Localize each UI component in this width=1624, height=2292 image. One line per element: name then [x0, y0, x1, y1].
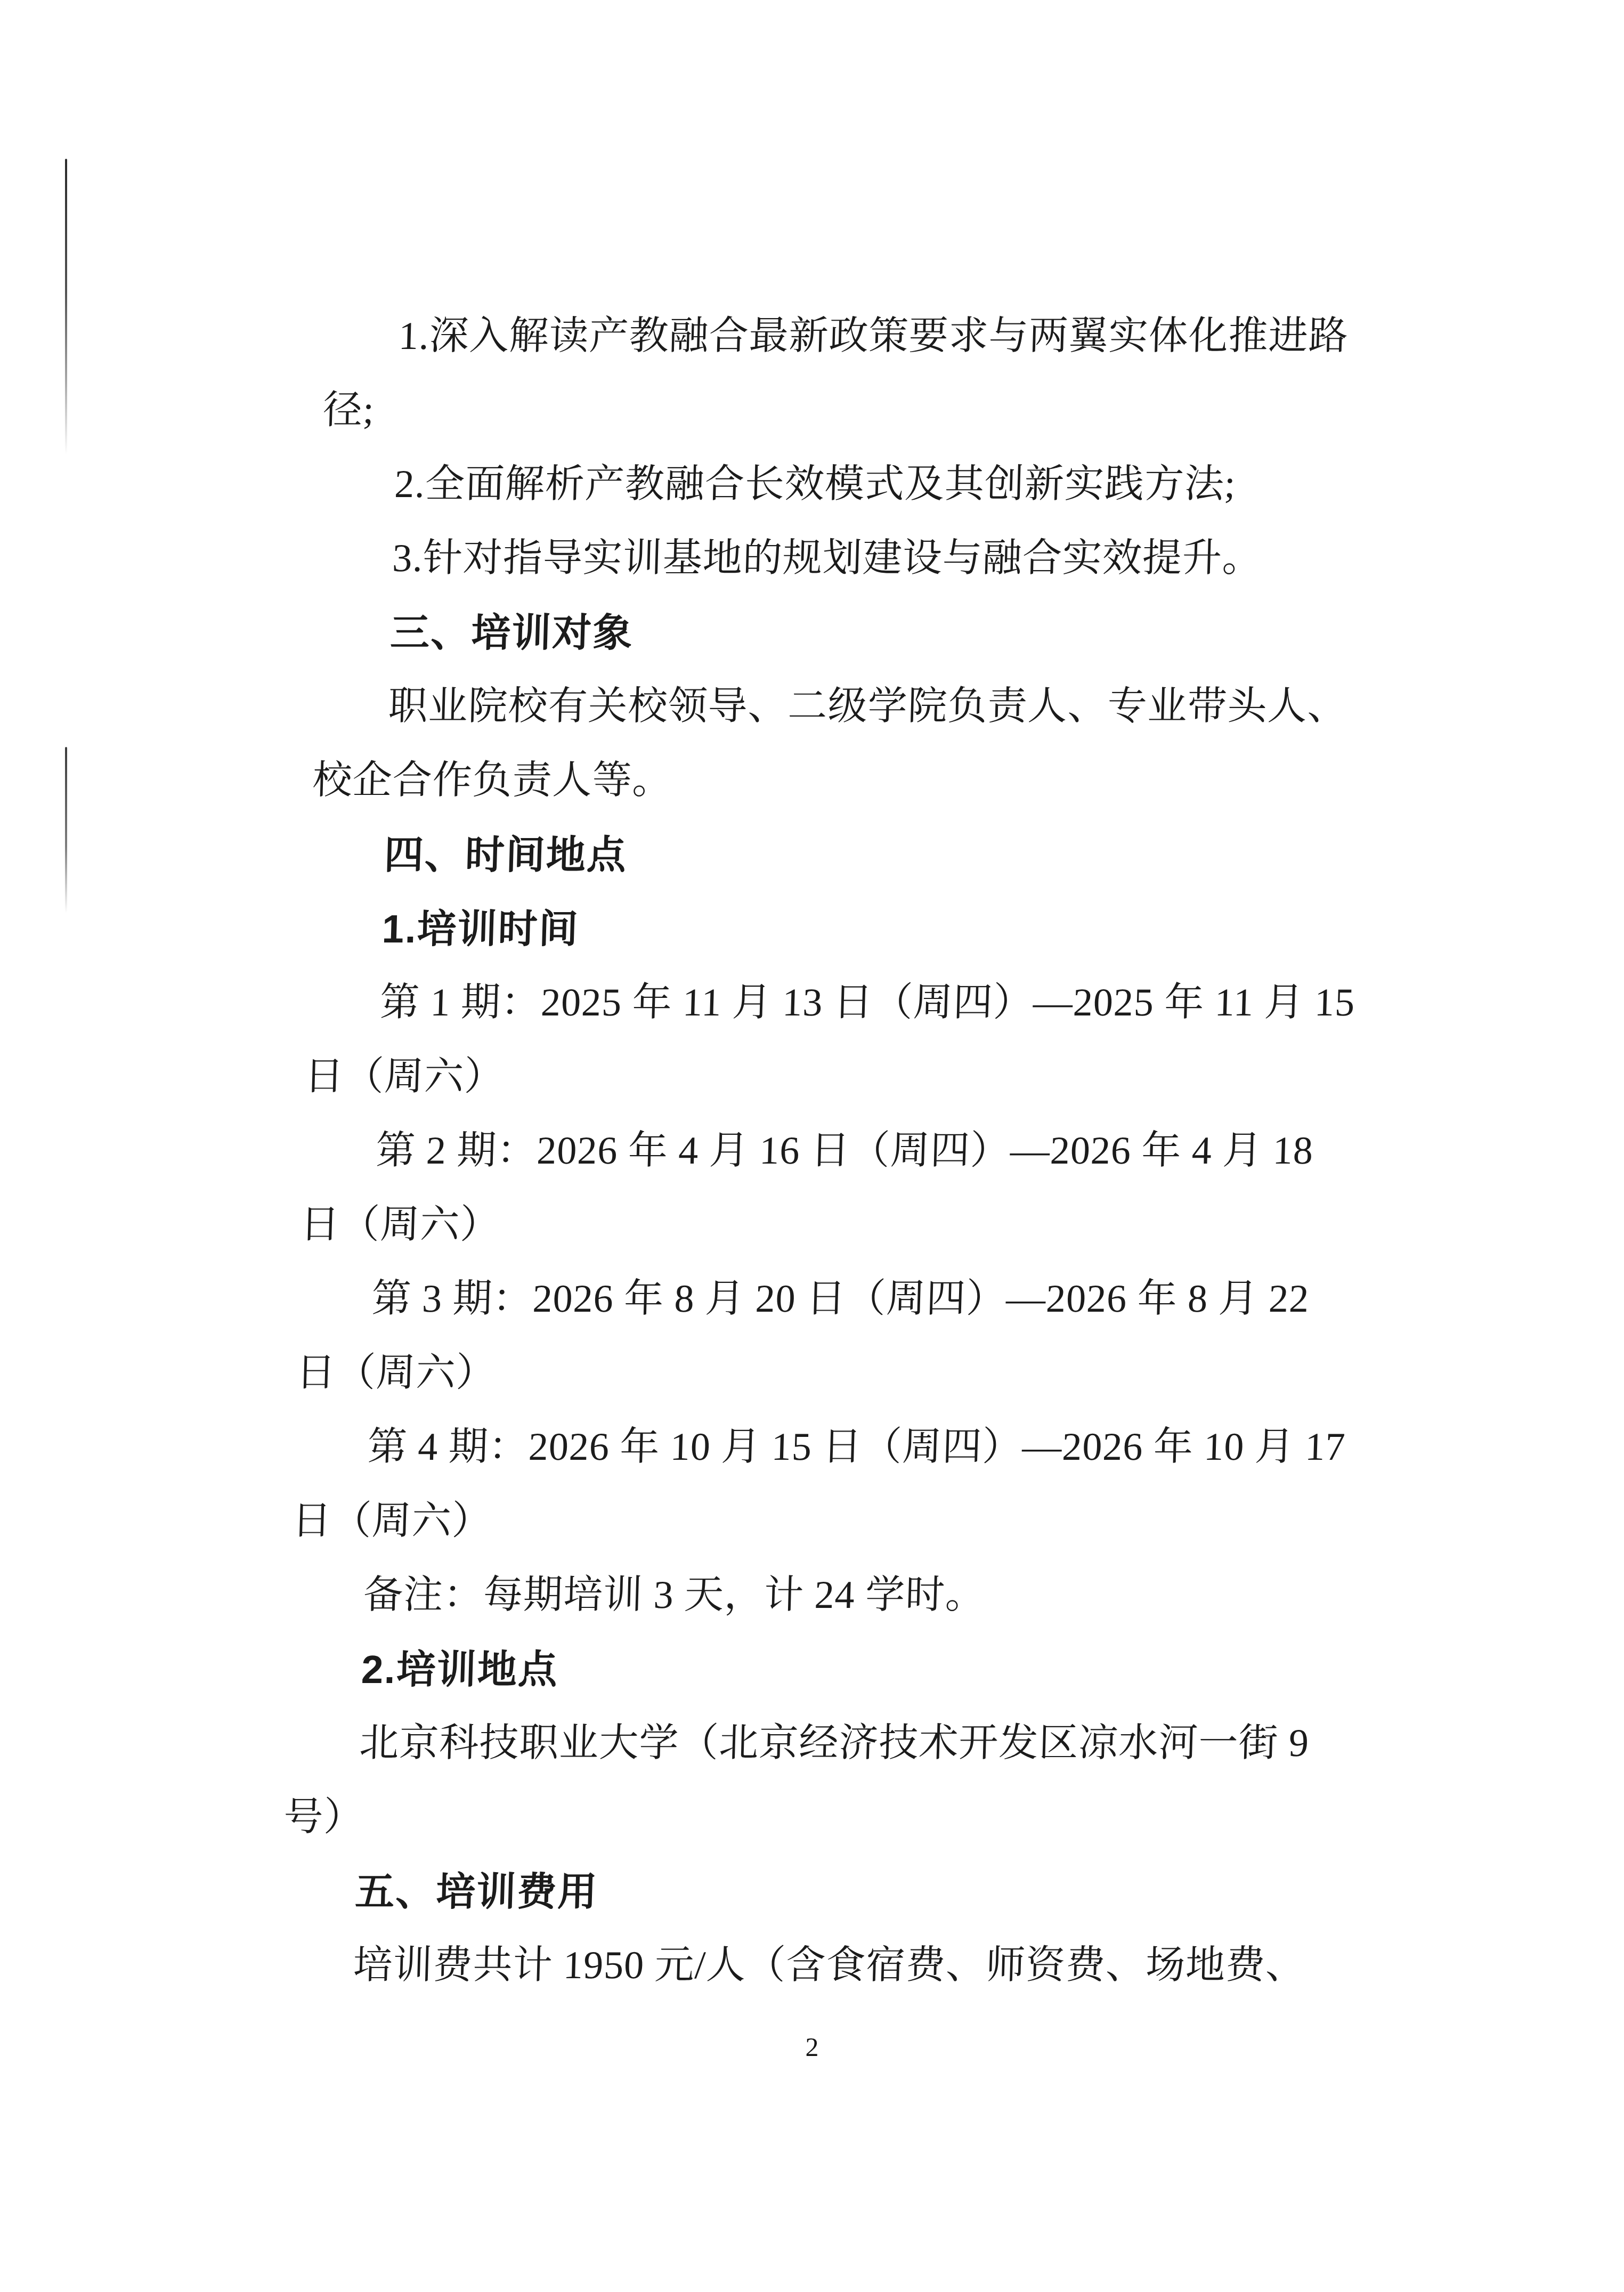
document-page: 1.深入解读产教融合最新政策要求与两翼实体化推进路径;2.全面解析产教融合长效模… [0, 0, 1624, 2292]
scan-artifact-line-top [65, 159, 67, 454]
text-line: 第 4 期：2026 年 10 月 15 日（周四）—2026 年 10 月 1… [293, 1410, 1329, 1484]
text-line: 2.全面解析产教融合长效模式及其创新实践方法; [320, 448, 1355, 522]
heading-line: 五、培训费用 [281, 1855, 1317, 1929]
text-line: 北京科技职业大学（北京经济技术开发区凉水河一街 9 [285, 1706, 1320, 1781]
text-line: 1.深入解读产教融合最新政策要求与两翼实体化推进路 [324, 299, 1360, 373]
text-line: 第 2 期：2026 年 4 月 16 日（周四）—2026 年 4 月 18 [301, 1114, 1337, 1188]
scan-artifact-line-bottom [65, 747, 67, 913]
text-line: 日（周六） [295, 1336, 1331, 1410]
heading-line: 四、时间地点 [310, 818, 1345, 892]
heading-line: 2.培训地点 [287, 1632, 1322, 1706]
text-line: 3.针对指导实训基地的规划建设与融合实效提升。 [318, 522, 1353, 596]
text-line: 校企合作负责人等。 [312, 744, 1347, 818]
text-line: 日（周六） [303, 1040, 1339, 1114]
document-body: 1.深入解读产教融合最新政策要求与两翼实体化推进路径;2.全面解析产教融合长效模… [279, 299, 1360, 2003]
text-line: 日（周六） [299, 1188, 1335, 1262]
page-number: 2 [0, 2031, 1624, 2063]
heading-line: 三、培训对象 [316, 596, 1352, 670]
text-line: 第 3 期：2026 年 8 月 20 日（周四）—2026 年 8 月 22 [297, 1262, 1333, 1336]
text-line: 第 1 期：2025 年 11 月 13 日（周四）—2025 年 11 月 1… [305, 966, 1341, 1040]
text-line: 备注：每期培训 3 天，计 24 学时。 [289, 1558, 1325, 1632]
text-line: 日（周六） [291, 1484, 1327, 1558]
text-line: 职业院校有关校领导、二级学院负责人、专业带头人、 [314, 670, 1350, 744]
text-line: 培训费共计 1950 元/人（含食宿费、师资费、场地费、 [279, 1929, 1314, 2003]
text-line: 径; [322, 373, 1358, 448]
text-line: 号） [282, 1781, 1318, 1855]
heading-line: 1.培训时间 [307, 892, 1343, 966]
